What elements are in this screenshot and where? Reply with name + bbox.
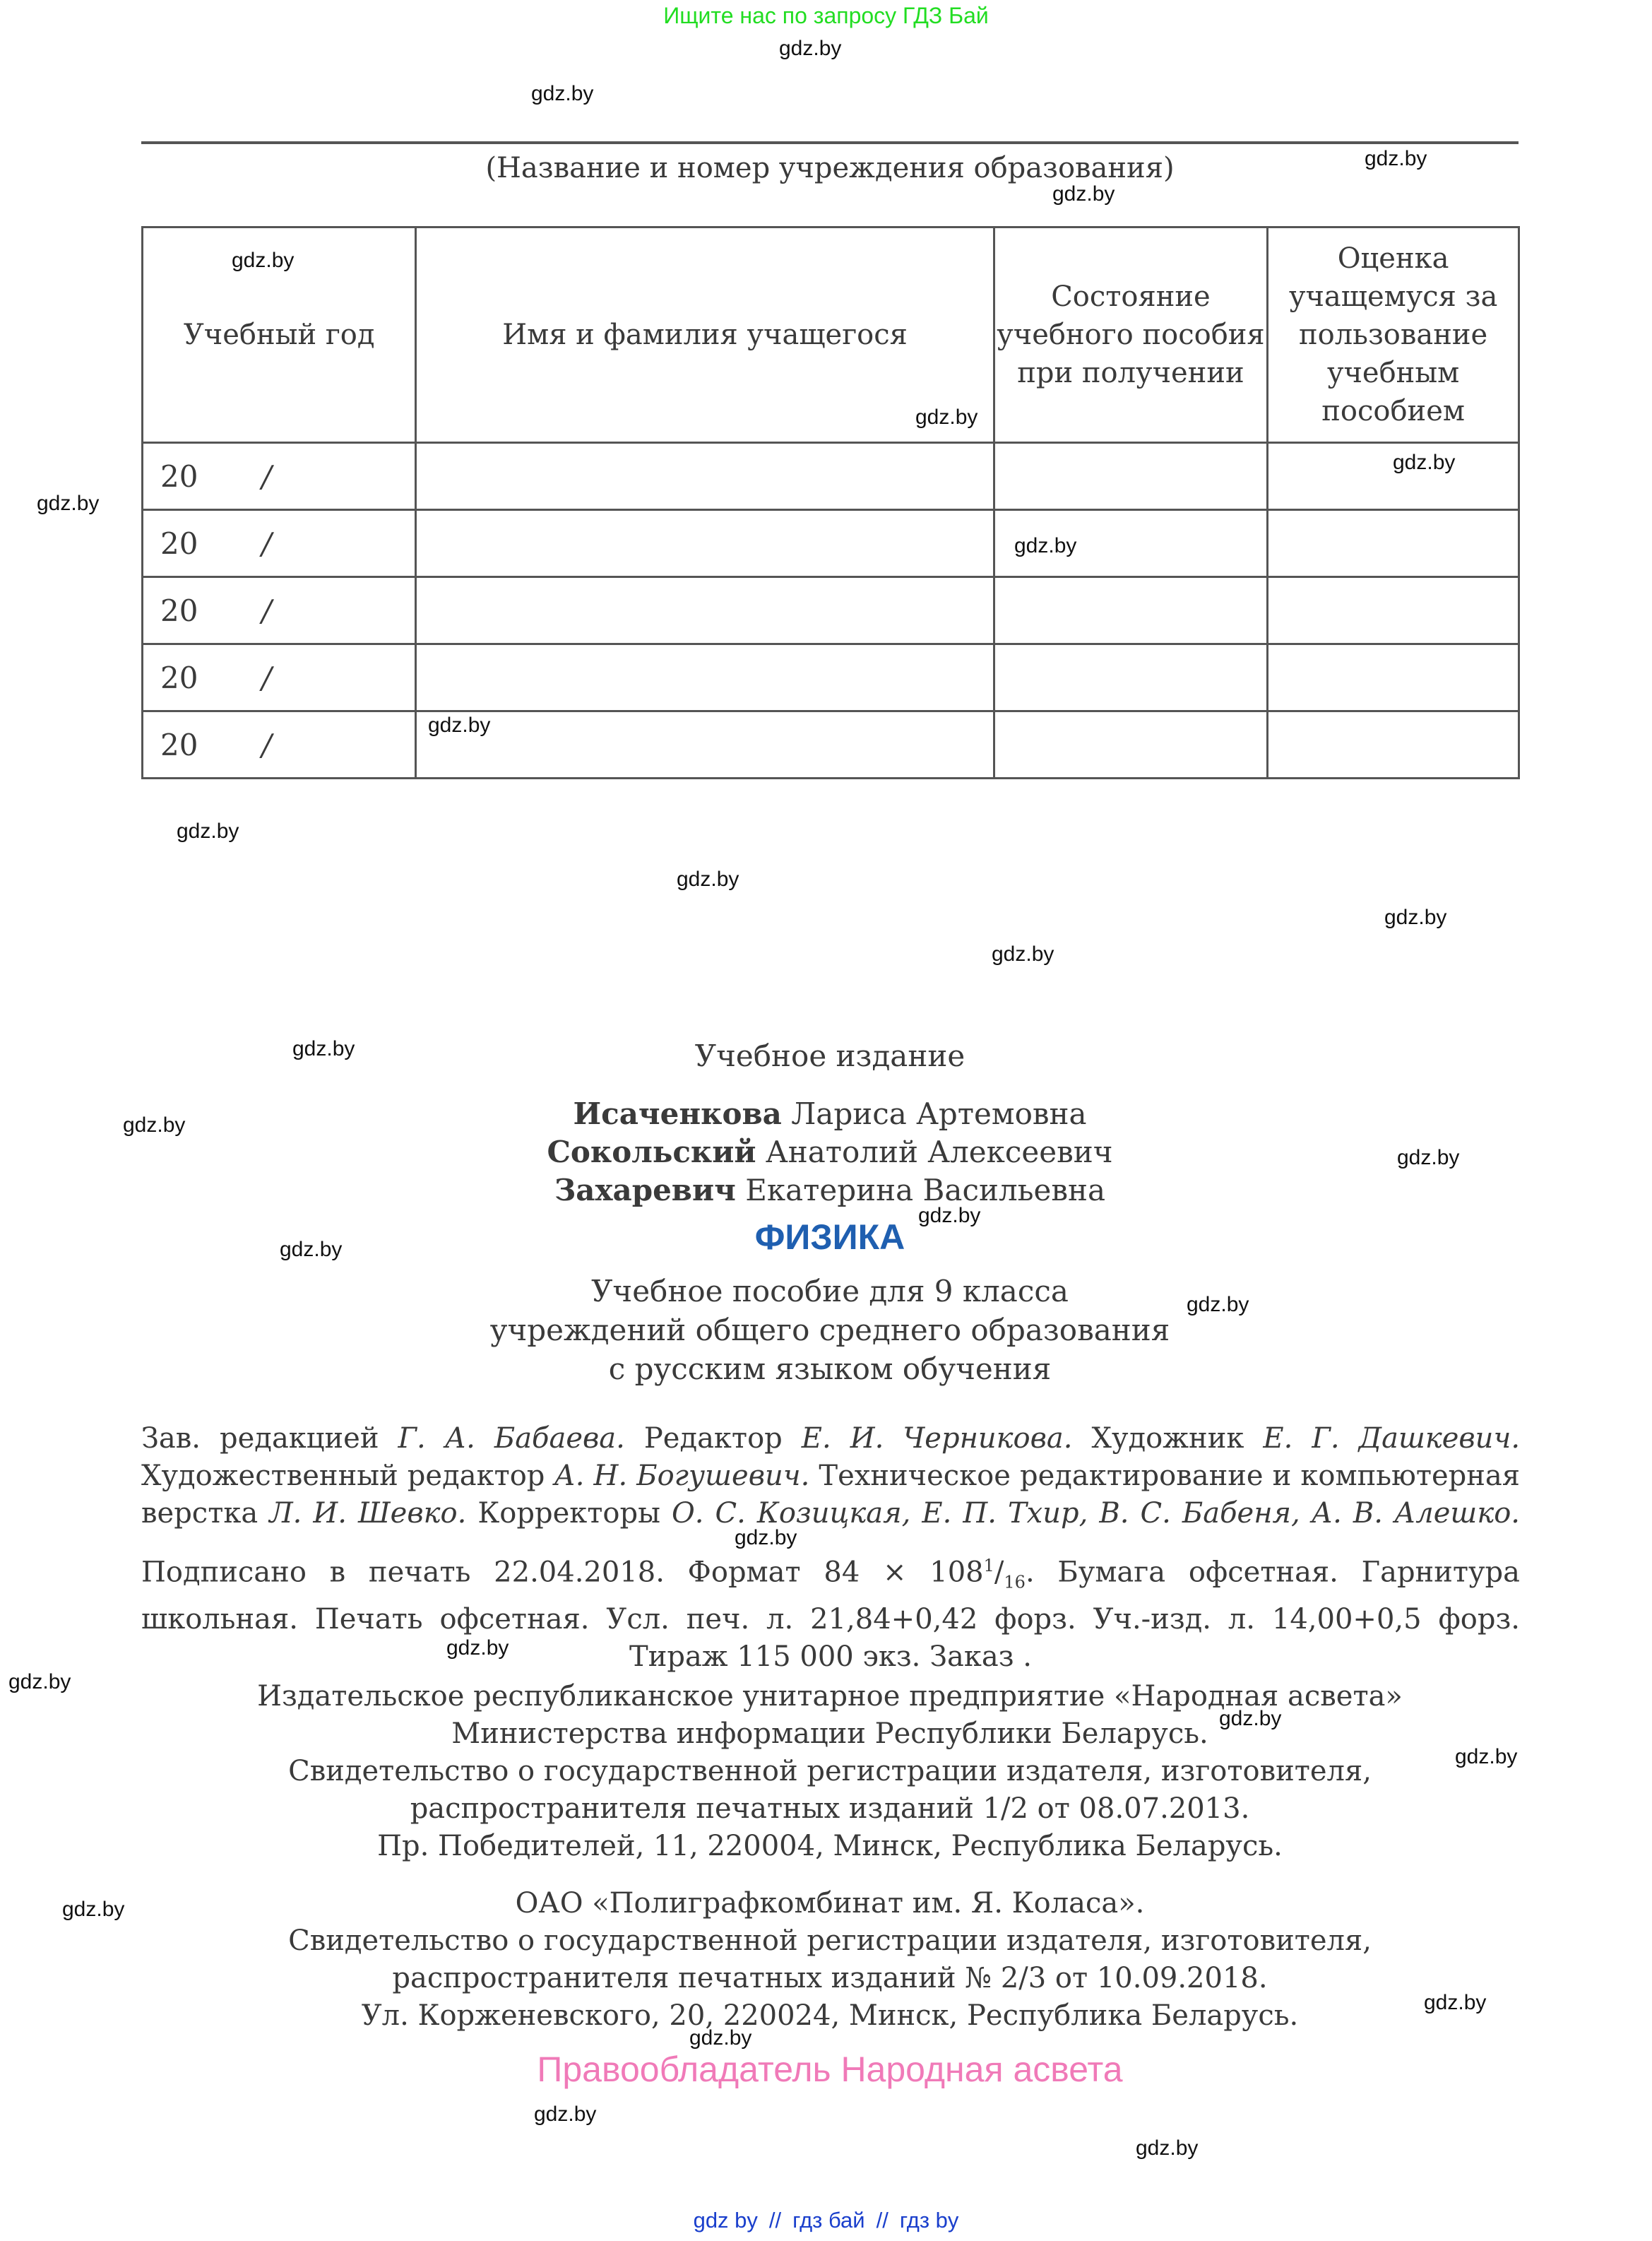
watermark: gdz.by (992, 942, 1054, 966)
publisher-line: Министерства информации Республики Белар… (141, 1715, 1519, 1753)
year-cell: 20/ (143, 443, 416, 510)
watermark: gdz.by (677, 868, 739, 892)
year-separator: / (261, 661, 271, 695)
watermark: gdz.by (735, 1526, 797, 1550)
year-prefix: 20 (160, 661, 198, 695)
printer-line: Свидетельство о государственной регистра… (141, 1922, 1519, 1960)
credit-label: Художник (1073, 1422, 1264, 1455)
publisher-info: Издательское республиканское унитарное п… (141, 1678, 1519, 1865)
description-line: Учебное пособие для 9 класса (141, 1272, 1519, 1311)
art-editor-name: А. Н. Богушевич. (554, 1460, 809, 1492)
link-gdz-by-cyr[interactable]: гдз by (900, 2208, 959, 2233)
author-line: Захаревич Екатерина Васильевна (141, 1171, 1519, 1210)
grade-cell (1268, 577, 1519, 644)
watermark: gdz.by (123, 1113, 185, 1137)
print-details: Подписано в печать 22.04.2018. Формат 84… (141, 1547, 1520, 1676)
watermark: gdz.by (8, 1670, 71, 1694)
watermark: gdz.by (1219, 1707, 1281, 1731)
editorial-credits: Зав. редакцией Г. А. Бабаева. Редактор Е… (141, 1420, 1520, 1532)
editor-name: Е. И. Черникова. (802, 1422, 1073, 1455)
watermark: gdz.by (534, 2103, 596, 2127)
watermark: gdz.by (1365, 147, 1427, 171)
watermark: gdz.by (1187, 1293, 1249, 1317)
publisher-line: Пр. Победителей, 11, 220004, Минск, Респ… (141, 1828, 1519, 1865)
watermark: gdz.by (232, 249, 294, 273)
condition-cell (994, 577, 1268, 644)
year-prefix: 20 (160, 459, 198, 494)
name-cell (416, 510, 994, 577)
proofreaders-names: О. С. Козицкая, Е. П. Тхир, В. С. Бабеня… (672, 1497, 1520, 1530)
watermark: gdz.by (915, 406, 977, 430)
year-cell: 20/ (143, 644, 416, 711)
institution-caption: (Название и номер учреждения образования… (141, 152, 1519, 184)
print-run-line: Тираж 115 000 экз. Заказ . (141, 1638, 1520, 1676)
watermark: gdz.by (531, 82, 593, 106)
author-surname: Сокольский (547, 1135, 756, 1169)
watermark: gdz.by (1014, 534, 1076, 558)
bottom-links-banner: gdz by//гдз бай//гдз by (0, 2208, 1652, 2233)
institution-name-line (141, 141, 1519, 144)
watermark: gdz.by (292, 1037, 355, 1061)
author-surname: Захаревич (554, 1173, 736, 1207)
subject-title: ФИЗИКА (141, 1217, 1519, 1258)
table-row: 20/ (143, 443, 1519, 510)
watermark: gdz.by (1393, 451, 1455, 475)
author-given-names: Екатерина Васильевна (745, 1173, 1105, 1207)
watermark: gdz.by (177, 820, 239, 844)
credit-label: Зав. редакцией (141, 1422, 398, 1455)
separator: // (769, 2208, 781, 2233)
watermark: gdz.by (1136, 2136, 1198, 2160)
watermark: gdz.by (779, 37, 841, 61)
printer-line: ОАО «Полиграфкомбинат им. Я. Коласа». (141, 1885, 1519, 1922)
condition-cell (994, 443, 1268, 510)
watermark: gdz.by (1424, 1991, 1486, 2015)
printer-line: Ул. Корженевского, 20, 220024, Минск, Ре… (141, 1997, 1519, 2035)
name-cell (416, 711, 994, 779)
year-separator: / (261, 526, 271, 561)
header-student-grade: Оценка учащемуся за пользование учебным … (1268, 227, 1519, 443)
credit-label: Корректоры (466, 1497, 672, 1530)
condition-cell (994, 711, 1268, 779)
watermark: gdz.by (446, 1636, 509, 1660)
author-given-names: Анатолий Алексеевич (766, 1135, 1113, 1169)
artist-name: Е. Г. Дашкевич. (1263, 1422, 1520, 1455)
watermark: gdz.by (1052, 182, 1115, 206)
author-given-names: Лариса Артемовна (791, 1096, 1086, 1131)
printer-info: ОАО «Полиграфкомбинат им. Я. Коласа». Св… (141, 1885, 1519, 2035)
publisher-line: Свидетельство о государственной регистра… (141, 1753, 1519, 1790)
print-line: школьная. Печать офсетная. Усл. печ. л. … (141, 1601, 1520, 1638)
book-description: Учебное пособие для 9 класса учреждений … (141, 1272, 1519, 1388)
author-surname: Исаченкова (573, 1096, 781, 1131)
author-line: Сокольский Анатолий Алексеевич (141, 1133, 1519, 1171)
author-line: Исаченкова Лариса Артемовна (141, 1095, 1519, 1133)
year-separator: / (261, 459, 271, 494)
authors-list: Исаченкова Лариса Артемовна Сокольский А… (141, 1095, 1519, 1210)
publisher-line: Издательское республиканское унитарное п… (141, 1678, 1519, 1715)
watermark: gdz.by (1397, 1146, 1459, 1170)
chief-editor-name: Г. А. Бабаева. (398, 1422, 625, 1455)
name-cell (416, 577, 994, 644)
year-cell: 20/ (143, 711, 416, 779)
watermark: gdz.by (62, 1898, 124, 1922)
textbook-register-table: Учебный год Имя и фамилия учащегося Сост… (141, 226, 1520, 779)
link-gdz-by[interactable]: gdz by (694, 2208, 758, 2233)
year-separator: / (261, 728, 271, 762)
layout-name: Л. И. Шевко. (269, 1497, 466, 1530)
year-prefix: 20 (160, 593, 198, 628)
header-student-name: Имя и фамилия учащегося (416, 227, 994, 443)
year-prefix: 20 (160, 728, 198, 762)
printer-line: распространителя печатных изданий № 2/3 … (141, 1960, 1519, 1997)
link-gdz-bai[interactable]: гдз бай (792, 2208, 864, 2233)
rights-holder-notice: Правообладатель Народная асвета (141, 2049, 1519, 2090)
publisher-line: распространителя печатных изданий 1/2 от… (141, 1790, 1519, 1828)
name-cell (416, 644, 994, 711)
watermark: gdz.by (918, 1204, 980, 1228)
table-row: 20/ (143, 577, 1519, 644)
description-line: с русским языком обучения (141, 1349, 1519, 1388)
name-cell (416, 443, 994, 510)
watermark: gdz.by (428, 714, 490, 738)
condition-cell (994, 644, 1268, 711)
table-row: 20/ (143, 711, 1519, 779)
separator: // (876, 2208, 889, 2233)
year-separator: / (261, 593, 271, 628)
watermark: gdz.by (1384, 906, 1446, 930)
credit-label: Редактор (625, 1422, 802, 1455)
print-text: . Бумага офсетная. Гарнитура (1026, 1556, 1520, 1588)
search-hint-banner: Ищите нас по запросу ГДЗ Бай (0, 3, 1652, 29)
grade-cell (1268, 644, 1519, 711)
watermark: gdz.by (1455, 1745, 1517, 1769)
watermark: gdz.by (37, 492, 99, 516)
credit-label: Художественный редактор (141, 1460, 554, 1492)
description-line: учреждений общего среднего образования (141, 1311, 1519, 1349)
grade-cell (1268, 510, 1519, 577)
print-line: Подписано в печать 22.04.2018. Формат 84… (141, 1547, 1520, 1601)
grade-cell (1268, 711, 1519, 779)
watermark: gdz.by (689, 2026, 751, 2050)
year-cell: 20/ (143, 577, 416, 644)
table-header-row: Учебный год Имя и фамилия учащегося Сост… (143, 227, 1519, 443)
print-text: Подписано в печать 22.04.2018. Формат 84… (141, 1556, 984, 1588)
header-book-condition: Состояние учебного пособия при получении (994, 227, 1268, 443)
year-prefix: 20 (160, 526, 198, 561)
watermark: gdz.by (280, 1238, 342, 1262)
format-superscript: 1 (984, 1556, 994, 1575)
year-cell: 20/ (143, 510, 416, 577)
format-subscript: 16 (1004, 1572, 1026, 1592)
table-row: 20/ (143, 644, 1519, 711)
table-row: 20/ (143, 510, 1519, 577)
